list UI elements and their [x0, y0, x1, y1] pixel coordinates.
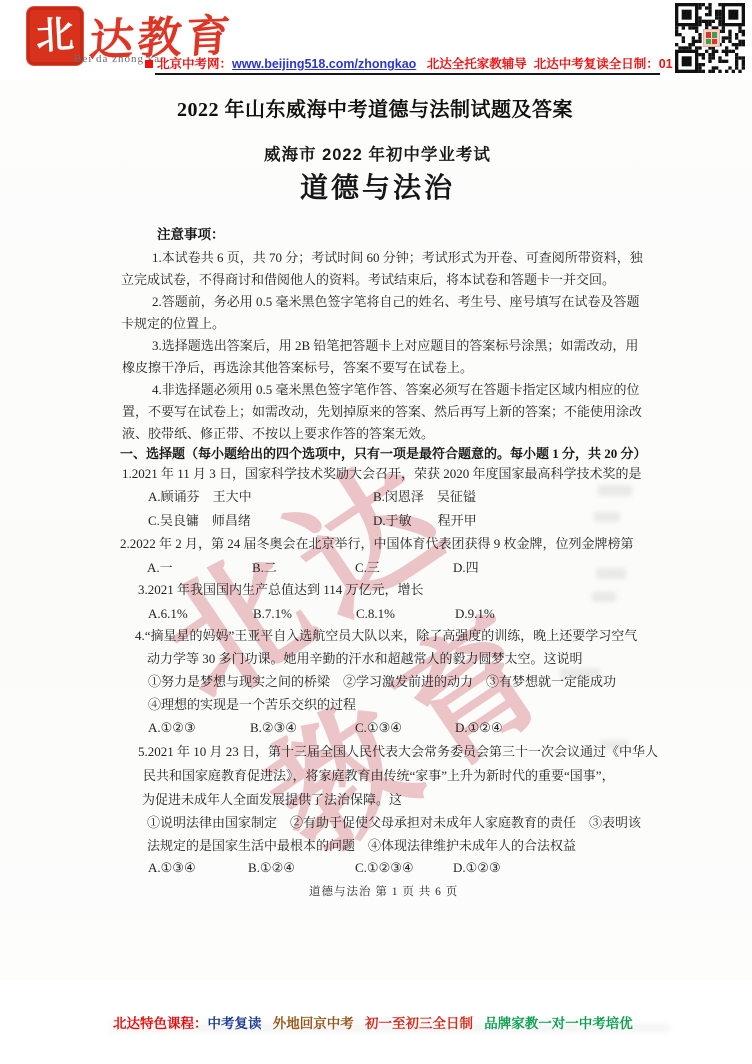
question-stem: 5.2021 年 10 月 23 日，第十三届全国人民代表大会常务委员会第三十一…	[138, 745, 658, 760]
option: B.闵恩泽 吴征镒	[373, 490, 476, 505]
site-label: 北京中考网：	[157, 57, 232, 71]
option: B.7.1%	[253, 607, 292, 622]
notice-line: 1.本试卷共 6 页，共 70 分；考试时间 60 分钟；考试形式为开卷、可查阅…	[152, 251, 643, 266]
option: C.吴良镛 师昌绪	[148, 514, 251, 529]
option: A.①②③	[148, 721, 196, 736]
qr-code	[673, 3, 750, 73]
notice-line: 液、胶带纸、修正带、不按以上要求作答的答案无效。	[122, 427, 434, 442]
page: 北 达教育 Bei da zhong kao 北京中考网：www.beijing…	[0, 0, 752, 1064]
option: A.6.1%	[148, 607, 188, 622]
question-subitems: ④理想的实现是一个苦乐交织的过程	[148, 698, 356, 713]
option: D.9.1%	[455, 607, 495, 622]
scan-artifact	[598, 485, 632, 496]
question-subitems: ①努力是梦想与现实之间的桥梁 ②学习激发前进的动力 ③有梦想就一定能成功	[148, 675, 616, 690]
option: B.二	[252, 561, 277, 576]
option: A.①③④	[148, 861, 196, 876]
question-subitems: 法规定的是国家生活中最根本的问题 ④体现法律维护未成年人的合法权益	[147, 839, 576, 854]
qr-center-badge	[703, 29, 720, 47]
question-stem: 2.2022 年 2 月，第 24 届冬奥会在北京举行，中国体育代表团获得 9 …	[120, 537, 634, 552]
banner-item-review: 中考复读	[208, 1016, 262, 1031]
red-square-bullet-icon	[145, 60, 153, 68]
option: C.8.1%	[356, 607, 395, 622]
site-link[interactable]: www.beijing518.com/zhongkao	[232, 57, 416, 71]
page-number-footer: 道德与法治 第 1 页 共 6 页	[309, 886, 458, 899]
option: D.四	[453, 561, 479, 576]
option: D.于敏 程开甲	[373, 514, 477, 529]
option: B.①②④	[248, 861, 295, 876]
option: C.①③④	[355, 721, 402, 736]
banner-item-return: 外地回京中考	[273, 1016, 354, 1031]
notice-line: 3.选择题选出答案后，用 2B 铅笔把答题卡上对应题目的答案标号涂黑；如需改动，…	[152, 339, 638, 354]
option: D.①②③	[453, 861, 501, 876]
option: A.一	[147, 561, 173, 576]
scan-artifact	[596, 568, 626, 579]
header-contact-line: 北京中考网：www.beijing518.com/zhongkao 北达全托家教…	[145, 54, 739, 72]
question-subitems: ①说明法律由国家制定 ②有助于促使父母承担对未成年人家庭教育的责任 ③表明该	[147, 816, 641, 831]
promo-fulltime: 北达中考复读全日制：	[534, 57, 659, 71]
option: B.②③④	[250, 721, 297, 736]
scan-artifact	[594, 512, 620, 522]
question-stem: 动力学等 30 多门功课。她用辛勤的汗水和超越常人的毅力圆梦太空。这说明	[147, 652, 583, 667]
header-divider	[155, 73, 660, 75]
banner-item-fulltime: 初一至初三全日制	[365, 1016, 473, 1031]
notice-line: 卡规定的位置上。	[121, 317, 225, 332]
notice-line: 置，不要写在试卷上；如需改动，先划掉原来的答案、然后再写上新的答案；不能使用涂改	[122, 405, 642, 420]
option: C.三	[355, 561, 380, 576]
scan-artifact	[560, 668, 600, 679]
banner-label: 北达特色课程：	[113, 1016, 208, 1031]
exam-title: 威海市 2022 年初中学业考试	[264, 146, 491, 165]
notice-line: 4.非选择题必须用 0.5 毫米黑色签字笔作答、答案必须写在答题卡指定区域内相应…	[152, 383, 640, 398]
promo-tutoring: 北达全托家教辅导	[427, 57, 527, 71]
scan-artifact	[600, 740, 628, 750]
option: D.①②④	[455, 721, 503, 736]
notice-heading: 注意事项：	[157, 227, 225, 243]
question-stem: 1.2021 年 11 月 3 日，国家科学技术奖励大会召开，荣获 2020 年…	[122, 467, 642, 482]
page-title: 2022 年山东威海中考道德与法制试题及答案	[177, 99, 573, 122]
notice-line: 橡皮擦干净后，再选涂其他答案标号，答案不要写在试卷上。	[122, 361, 473, 376]
notice-line: 立完成试卷，不得商讨和借阅他人的资料。考试结束后，将本试卷和答题卡一并交回。	[121, 273, 615, 288]
banner-item-tutoring: 品牌家教一对一中考培优	[484, 1016, 633, 1031]
question-stem: 民共和国家庭教育促进法》，将家庭教育由传统“家事”上升为新时代的重要“国事”，	[143, 769, 615, 784]
logo-seal-char: 北	[35, 16, 75, 56]
question-stem: 为促进未成年人全面发展提供了法治保障。这	[142, 793, 402, 808]
subject-title: 道德与法治	[300, 172, 455, 204]
bottom-banner: 北达特色课程：中考复读 外地回京中考 初一至初三全日制 品牌家教一对一中考培优	[113, 1012, 633, 1032]
question-stem: 4.“摘星星的妈妈”王亚平自入选航空员大队以来，除了高强度的训练，晚上还要学习空…	[135, 629, 637, 644]
scan-artifact	[592, 592, 616, 602]
notice-line: 2.答题前，务必用 0.5 毫米黑色签字笔将自己的姓名、考生号、座号填写在试卷及…	[152, 295, 640, 310]
scanned-exam-page: 北达教育 2022 年山东威海中考道德与法制试题及答案 威海市 2022 年初中…	[0, 80, 752, 980]
option: C.①②③④	[355, 861, 414, 876]
option: A.顾诵芬 王大中	[148, 490, 252, 505]
section-heading: 一、选择题（每小题给出的四个选项中，只有一项是最符合题意的。每小题 1 分，共 …	[120, 447, 647, 462]
question-stem: 3.2021 年我国国内生产总值达到 114 万亿元，增长	[138, 583, 424, 598]
